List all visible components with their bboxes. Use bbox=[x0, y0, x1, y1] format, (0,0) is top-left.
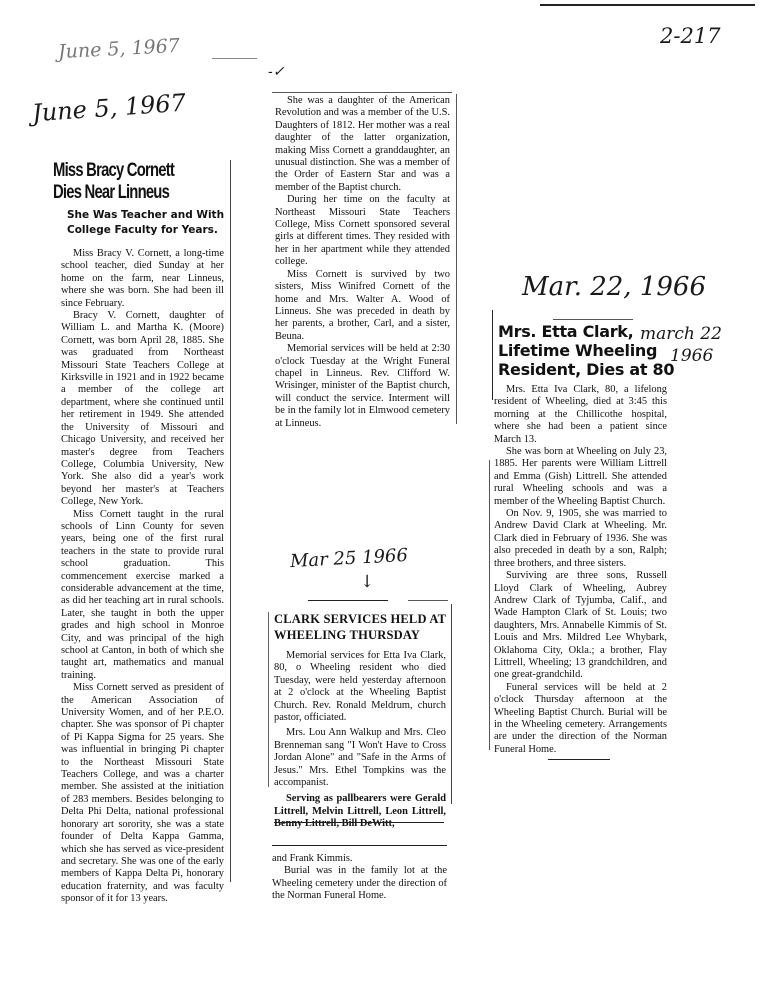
clark-services-headline-line1: CLARK SERVICES HELD AT bbox=[274, 611, 446, 627]
page-number: 2-217 bbox=[660, 24, 721, 48]
paragraph: Memorial services will be held at 2:30 o… bbox=[275, 343, 450, 430]
clark-services-handwritten-date: Mar 25 1966 bbox=[290, 545, 409, 572]
clark-services-headline-line2: WHEELING THURSDAY bbox=[274, 627, 420, 643]
paragraph: Miss Cornett served as president of the … bbox=[61, 682, 224, 905]
cornett-column-1: Miss Bracy V. Cornett, a long-time schoo… bbox=[61, 248, 224, 906]
clark-services-left-rule bbox=[268, 612, 269, 787]
clark-services-right-rule bbox=[451, 604, 452, 804]
obit-handwritten-date: Mar. 22, 1966 bbox=[522, 272, 706, 302]
clark-services-continuation: and Frank Kimmis. Burial was in the fami… bbox=[272, 853, 447, 903]
paragraph: She was a daughter of the American Revol… bbox=[275, 95, 450, 194]
check-mark: -✓ bbox=[268, 64, 284, 80]
cornett-column-2: She was a daughter of the American Revol… bbox=[275, 95, 450, 430]
obit-left-rule bbox=[492, 310, 493, 400]
paragraph: She was born at Wheeling on July 23, 188… bbox=[494, 446, 667, 508]
top-edge-rule bbox=[540, 4, 755, 6]
cornett-headline-line2: Dies Near Linneus bbox=[53, 182, 169, 203]
obit-end-rule bbox=[548, 759, 610, 760]
obit-body: Mrs. Etta Iva Clark, 80, a lifelong resi… bbox=[494, 384, 667, 756]
arrow-down-icon: ↓ bbox=[360, 572, 374, 592]
paragraph: Miss Cornett is survived by two sisters,… bbox=[275, 269, 450, 343]
paragraph: Miss Cornett taught in the rural schools… bbox=[61, 509, 224, 683]
paragraph: During her time on the faculty at Northe… bbox=[275, 194, 450, 268]
obit-body-left-rule bbox=[489, 460, 490, 750]
cornett-col2-rule bbox=[456, 94, 457, 424]
obit-headline-line1: Mrs. Etta Clark, bbox=[498, 322, 633, 341]
paragraph: On Nov. 9, 1905, she was married to Andr… bbox=[494, 508, 667, 570]
cornett-headline-line1: Miss Bracy Cornett bbox=[53, 160, 174, 181]
obit-top-rule bbox=[553, 319, 633, 320]
faint-handwritten-date: June 5, 1967 bbox=[58, 35, 181, 63]
paragraph: and Frank Kimmis. bbox=[272, 853, 447, 865]
paragraph: Funeral services will be held at 2 o'clo… bbox=[494, 682, 667, 756]
clark-services-bottom-rule bbox=[274, 822, 444, 823]
paragraph: Bracy V. Cornett, daughter of William L.… bbox=[61, 310, 224, 509]
obit-side-date-line1: march 22 bbox=[640, 324, 722, 344]
obit-side-date-line2: 1966 bbox=[670, 346, 713, 366]
obit-headline-line3: Resident, Dies at 80 bbox=[498, 360, 674, 379]
cornett-subhead-line2: College Faculty for Years. bbox=[67, 223, 218, 238]
paragraph: Mrs. Etta Iva Clark, 80, a lifelong resi… bbox=[494, 384, 667, 446]
cornett-subhead-line1: She Was Teacher and With bbox=[67, 208, 224, 223]
cornett-col2-top-rule bbox=[272, 92, 452, 93]
clark-services-body: Memorial services for Etta Iva Clark, 80… bbox=[274, 650, 446, 831]
paragraph: Burial was in the family lot at the Whee… bbox=[272, 865, 447, 902]
clark-services-top-rule-right bbox=[408, 600, 448, 601]
paragraph: Surviving are three sons, Russell Lloyd … bbox=[494, 570, 667, 682]
paragraph: Memorial services for Etta Iva Clark, 80… bbox=[274, 650, 446, 724]
faint-dash-mark bbox=[212, 58, 257, 59]
cornett-column-rule bbox=[230, 160, 231, 882]
paragraph: Serving as pallbearers were Gerald Littr… bbox=[274, 793, 446, 830]
paragraph: Mrs. Lou Ann Walkup and Mrs. Cleo Brenne… bbox=[274, 727, 446, 789]
handwritten-date: June 5, 1967 bbox=[31, 89, 187, 128]
clark-services-top-rule bbox=[308, 600, 388, 601]
clark-services-continuation-rule bbox=[272, 845, 447, 846]
paragraph: Miss Bracy V. Cornett, a long-time schoo… bbox=[61, 248, 224, 310]
obit-headline-line2: Lifetime Wheeling bbox=[498, 341, 657, 360]
